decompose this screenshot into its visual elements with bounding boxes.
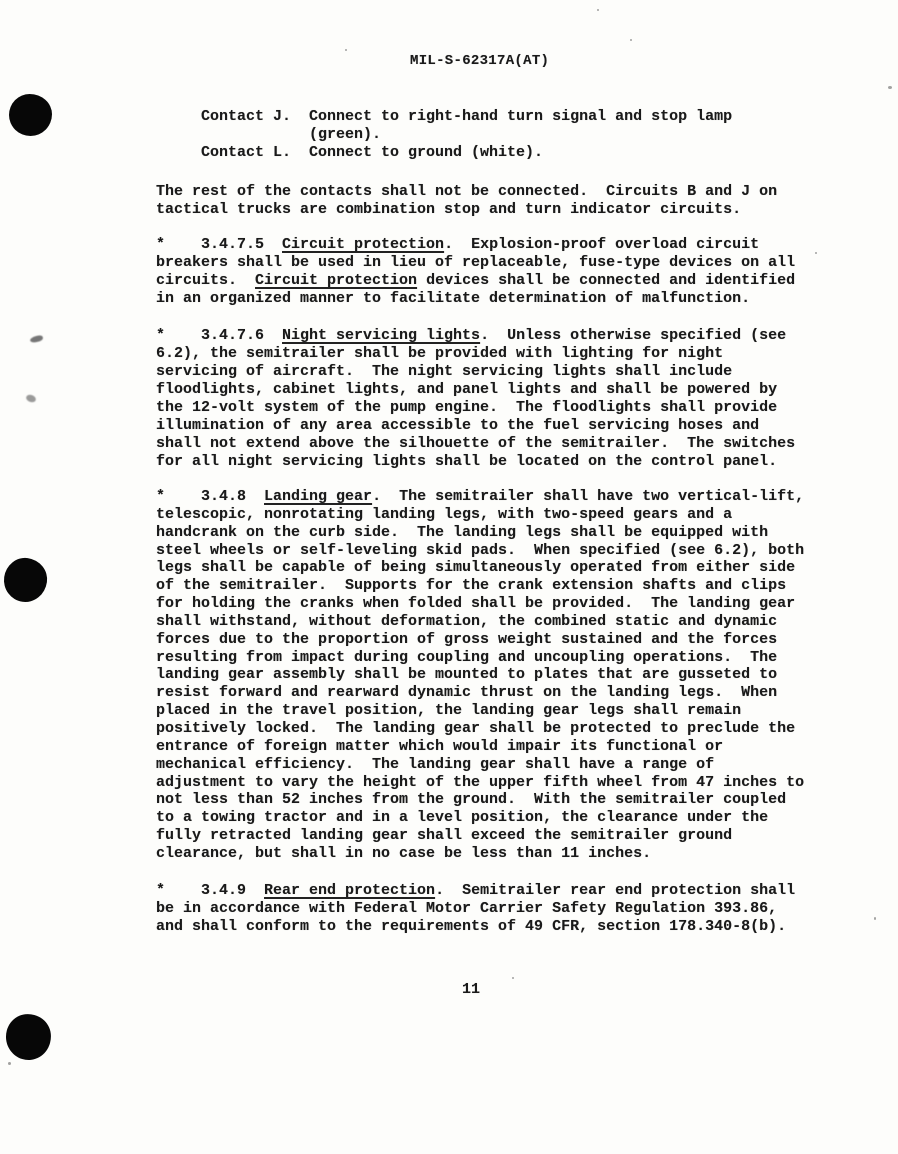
text-line: breakers shall be used in lieu of replac… [156,254,795,272]
text-line: positively locked. The landing gear shal… [156,720,804,738]
text-line: * 3.4.8 Landing gear. The semitrailer sh… [156,488,804,506]
text-line: (green). [156,126,732,144]
paragraph-3-4-9-rear-end-protection: * 3.4.9 Rear end protection. Semitrailer… [156,882,795,936]
document-body: Contact J. Connect to right-hand turn si… [0,0,898,1154]
text-line: resulting from impact during coupling an… [156,649,804,667]
text-line: not less than 52 inches from the ground.… [156,791,804,809]
text-line: forces due to the proportion of gross we… [156,631,804,649]
scanned-document-page: MIL-S-62317A(AT) Contact J. Connect to r… [0,0,898,1154]
text-line: * 3.4.7.5 Circuit protection. Explosion-… [156,236,795,254]
text-line: placed in the travel position, the landi… [156,702,804,720]
section-heading: Circuit protection [255,272,417,289]
text-line: the 12-volt system of the pump engine. T… [156,399,795,417]
text-line: The rest of the contacts shall not be co… [156,183,777,201]
text-line: shall not extend above the silhouette of… [156,435,795,453]
section-heading: Night servicing lights [282,327,480,344]
paragraph-contacts-note: The rest of the contacts shall not be co… [156,183,777,219]
paragraph-3-4-7-6-night-servicing-lights: * 3.4.7.6 Night servicing lights. Unless… [156,327,795,471]
section-heading: Circuit protection [282,236,444,253]
text-line: servicing of aircraft. The night servici… [156,363,795,381]
text-line: telescopic, nonrotating landing legs, wi… [156,506,804,524]
section-heading: Rear end protection [264,882,435,899]
text-line: shall withstand, without deformation, th… [156,613,804,631]
text-line: clearance, but shall in no case be less … [156,845,804,863]
text-line: be in accordance with Federal Motor Carr… [156,900,795,918]
text-line: for holding the cranks when folded shall… [156,595,804,613]
text-line: * 3.4.9 Rear end protection. Semitrailer… [156,882,795,900]
text-line: in an organized manner to facilitate det… [156,290,795,308]
text-line: steel wheels or self-leveling skid pads.… [156,542,804,560]
text-line: tactical trucks are combination stop and… [156,201,777,219]
text-line: mechanical efficiency. The landing gear … [156,756,804,774]
text-line: handcrank on the curb side. The landing … [156,524,804,542]
paragraph-3-4-7-5-circuit-protection: * 3.4.7.5 Circuit protection. Explosion-… [156,236,795,308]
text-line: and shall conform to the requirements of… [156,918,795,936]
text-line: entrance of foreign matter which would i… [156,738,804,756]
text-line: 6.2), the semitrailer shall be provided … [156,345,795,363]
paragraph-3-4-8-landing-gear: * 3.4.8 Landing gear. The semitrailer sh… [156,488,804,863]
contact-list: Contact J. Connect to right-hand turn si… [156,108,732,162]
text-line: adjustment to vary the height of the upp… [156,774,804,792]
text-line: legs shall be capable of being simultane… [156,559,804,577]
text-line: for all night servicing lights shall be … [156,453,795,471]
text-line: * 3.4.7.6 Night servicing lights. Unless… [156,327,795,345]
text-line: landing gear assembly shall be mounted t… [156,666,804,684]
text-line: Contact L. Connect to ground (white). [156,144,732,162]
section-heading: Landing gear [264,488,372,505]
text-line: fully retracted landing gear shall excee… [156,827,804,845]
text-line: to a towing tractor and in a level posit… [156,809,804,827]
text-line: floodlights, cabinet lights, and panel l… [156,381,795,399]
text-line: Contact J. Connect to right-hand turn si… [156,108,732,126]
text-line: illumination of any area accessible to t… [156,417,795,435]
text-line: of the semitrailer. Supports for the cra… [156,577,804,595]
text-line: circuits. Circuit protection devices sha… [156,272,795,290]
page-number: 11 [462,981,480,998]
text-line: resist forward and rearward dynamic thru… [156,684,804,702]
